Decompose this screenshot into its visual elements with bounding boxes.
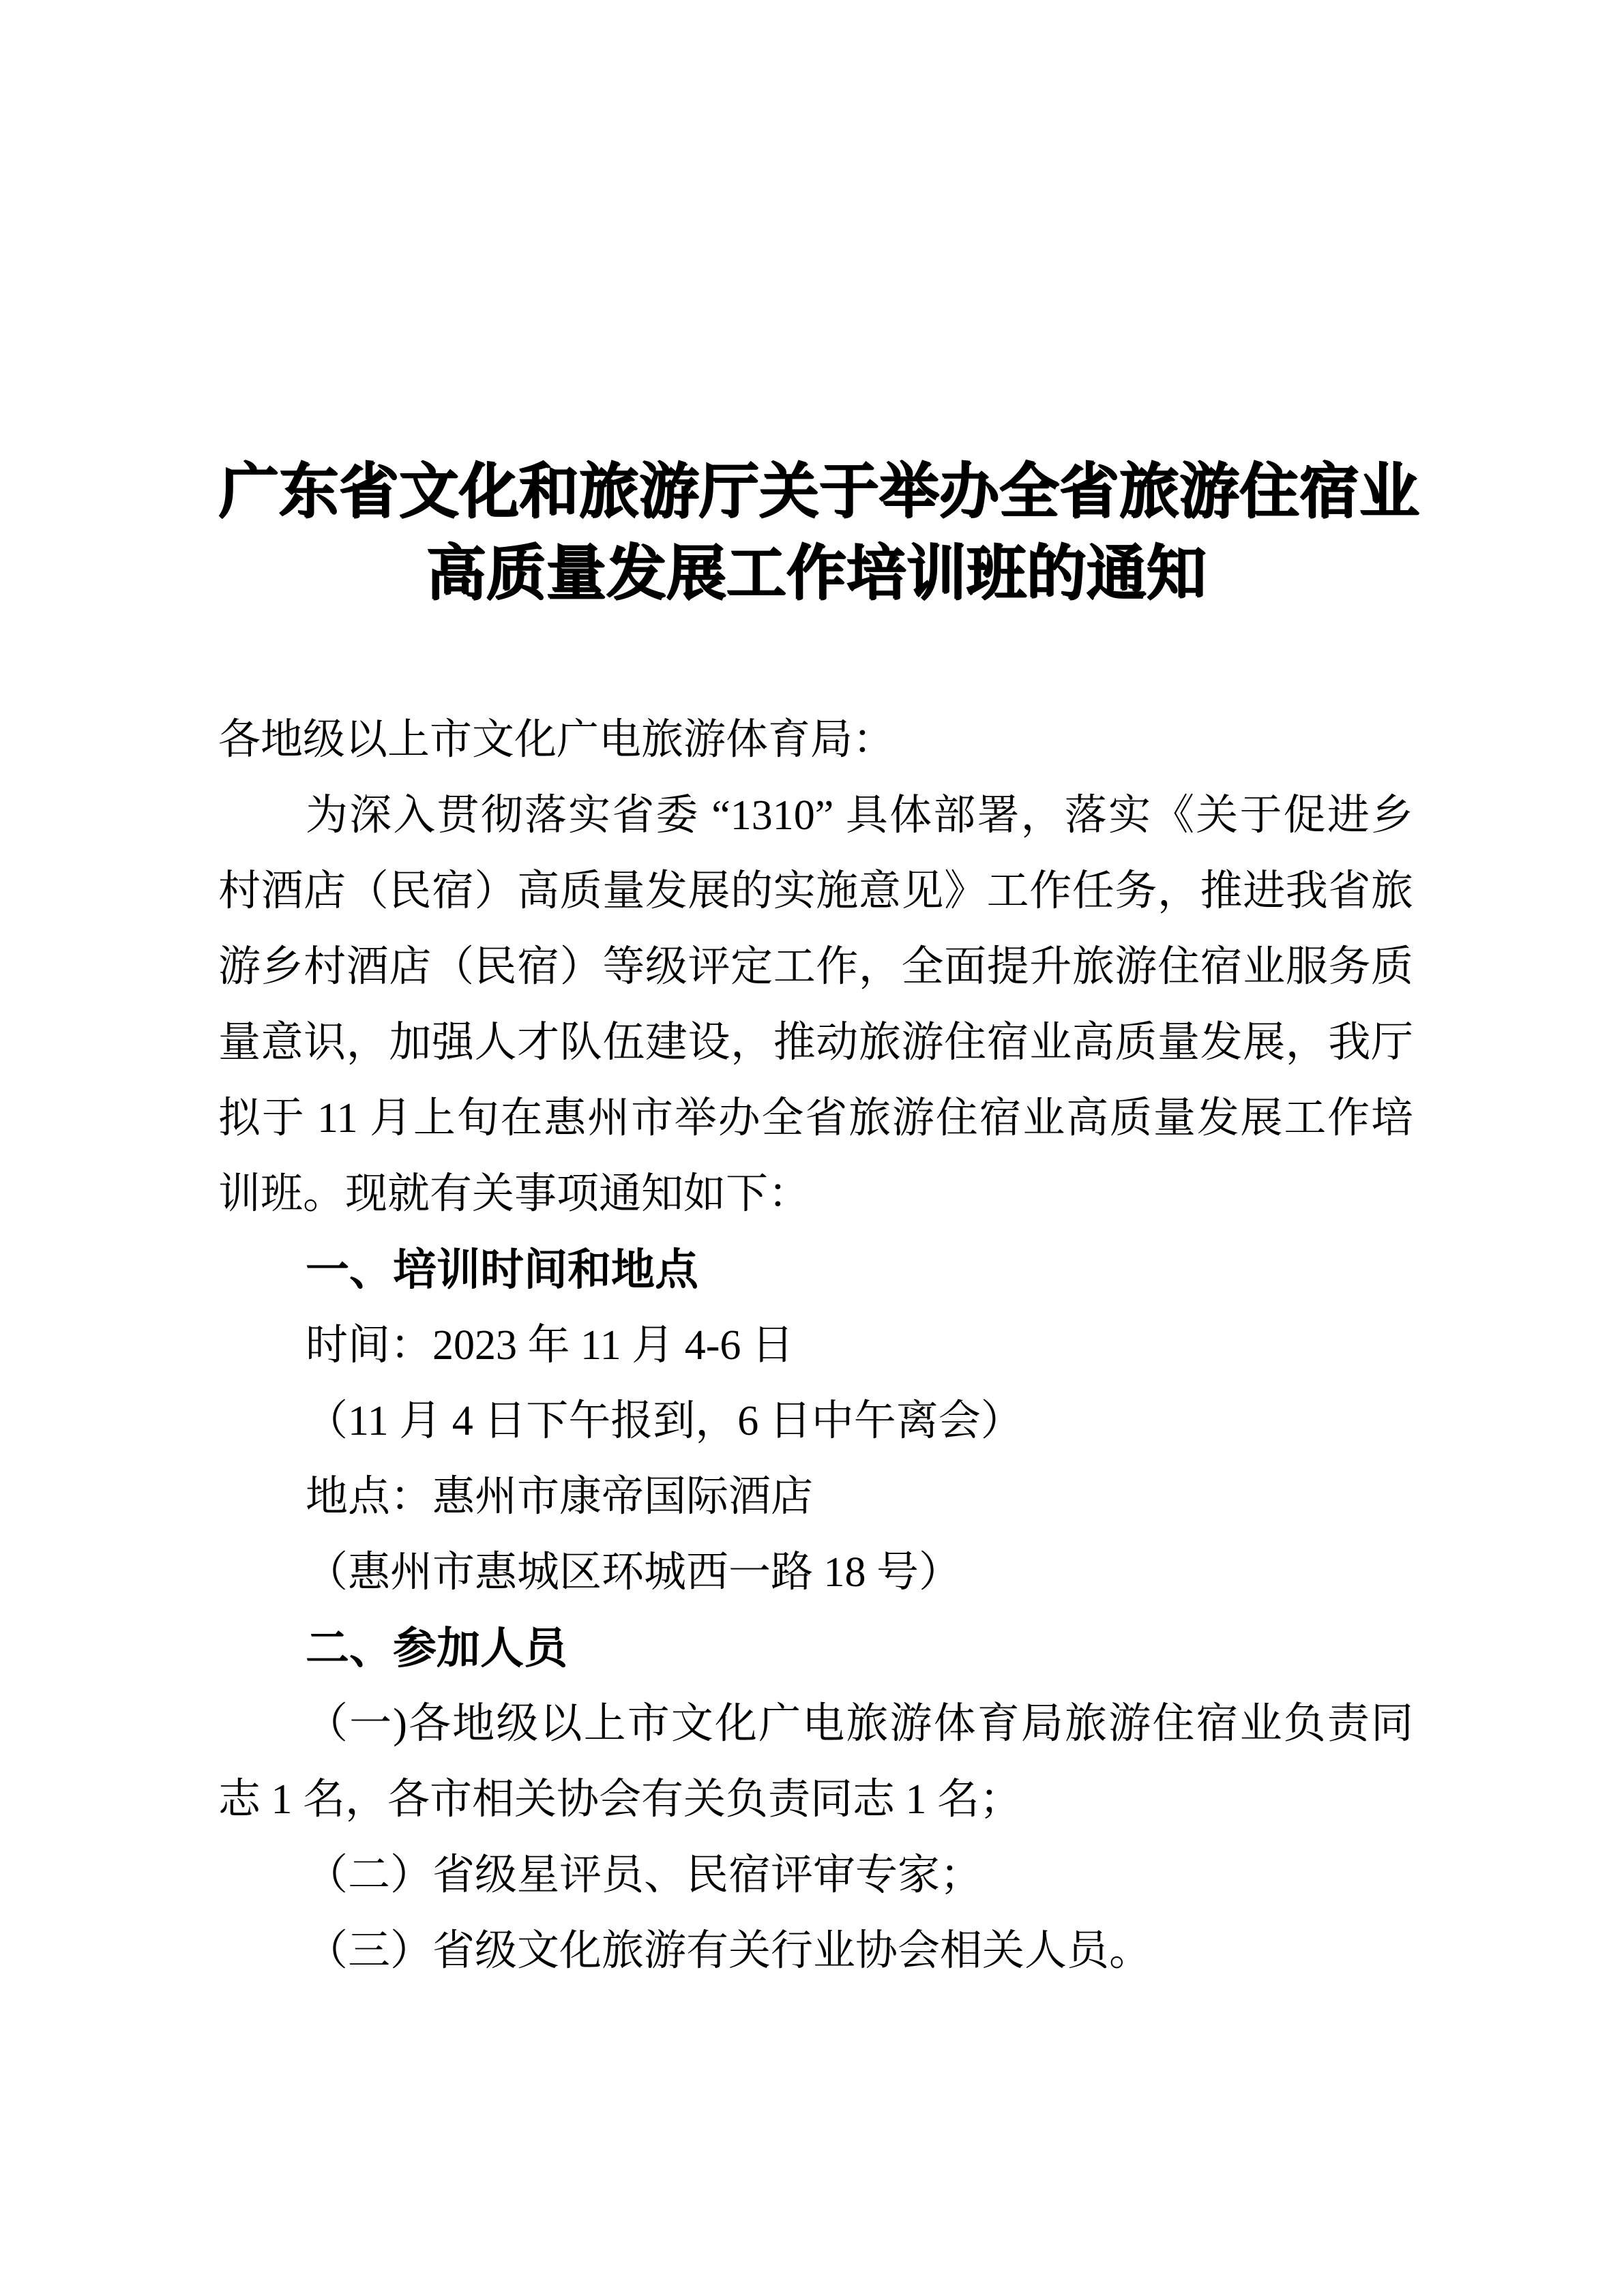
section1-heading: 一、培训时间和地点 — [218, 1232, 1413, 1308]
paragraph1-line-5: 拟于 11 月上旬在惠州市举办全省旅游住宿业高质量发展工作培 — [218, 1081, 1413, 1157]
document-page: 广东省文化和旅游厅关于举办全省旅游住宿业 高质量发展工作培训班的通知 各地级以上… — [0, 0, 1624, 2296]
paragraph1-line-4: 量意识，加强人才队伍建设，推动旅游住宿业高质量发展，我厅 — [218, 1005, 1413, 1081]
training-venue-note-line: （惠州市惠城区环城西一路 18 号） — [218, 1535, 1413, 1611]
document-title: 广东省文化和旅游厅关于举办全省旅游住宿业 高质量发展工作培训班的通知 — [218, 451, 1413, 615]
participants-item3-line: （三）省级文化旅游有关行业协会相关人员。 — [218, 1913, 1413, 1989]
training-venue-line: 地点：惠州市康帝国际酒店 — [218, 1459, 1413, 1535]
participants-item1-line-2: 志 1 名，各市相关协会有关负责同志 1 名； — [218, 1762, 1413, 1838]
salutation-line: 各地级以上市文化广电旅游体育局： — [218, 702, 1413, 778]
document-body: 各地级以上市文化广电旅游体育局： 为深入贯彻落实省委 “1310” 具体部署，落… — [218, 702, 1413, 1989]
paragraph1-line-3: 游乡村酒店（民宿）等级评定工作，全面提升旅游住宿业服务质 — [218, 929, 1413, 1005]
training-time-note-line: （11 月 4 日下午报到，6 日中午离会） — [218, 1384, 1413, 1459]
training-time-line: 时间：2023 年 11 月 4-6 日 — [218, 1308, 1413, 1384]
document-title-line-2: 高质量发展工作培训班的通知 — [218, 533, 1413, 615]
document-title-line-1: 广东省文化和旅游厅关于举办全省旅游住宿业 — [218, 451, 1413, 533]
paragraph1-line-6: 训班。现就有关事项通知如下： — [218, 1157, 1413, 1232]
participants-item2-line: （二）省级星评员、民宿评审专家； — [218, 1838, 1413, 1913]
participants-item1-line-1: （一)各地级以上市文化广电旅游体育局旅游住宿业负责同 — [218, 1686, 1413, 1762]
paragraph1-line-2: 村酒店（民宿）高质量发展的实施意见》工作任务，推进我省旅 — [218, 854, 1413, 929]
section2-heading: 二、参加人员 — [218, 1611, 1413, 1686]
paragraph1-line-1: 为深入贯彻落实省委 “1310” 具体部署，落实《关于促进乡 — [218, 778, 1413, 854]
